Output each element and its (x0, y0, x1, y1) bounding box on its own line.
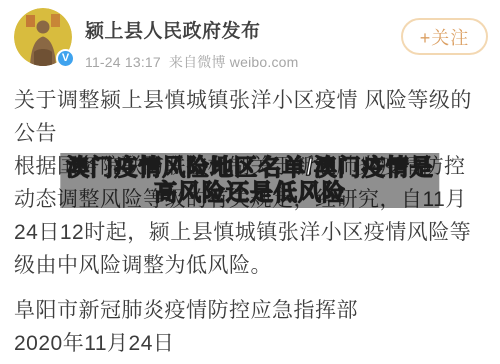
post-date: 2020年11月24日 (14, 327, 486, 360)
post-title: 关于调整颍上县慎城镇张洋小区疫情 风险等级的公告 (14, 84, 486, 150)
post-header: V 颍上县人民政府发布 11-24 13:17来自微博 weibo.com +关… (0, 0, 500, 74)
post-content: 关于调整颍上县慎城镇张洋小区疫情 风险等级的公告 根据国务院联防联控机制关于新冠… (0, 74, 500, 360)
username[interactable]: 颍上县人民政府发布 (85, 16, 299, 43)
timestamp: 11-24 13:17 (85, 54, 161, 70)
verified-badge-icon: V (56, 49, 75, 68)
avatar[interactable]: V (14, 8, 72, 66)
weibo-post-card: V 颍上县人民政府发布 11-24 13:17来自微博 weibo.com +关… (0, 0, 500, 364)
source-link[interactable]: 来自微博 weibo.com (169, 54, 299, 70)
follow-button[interactable]: +关注 (401, 18, 488, 55)
post-signature: 阜阳市新冠肺炎疫情防控应急指挥部 (14, 294, 486, 327)
post-meta: 11-24 13:17来自微博 weibo.com (85, 52, 299, 72)
post-body: 根据国务院联防联控机制关于新冠肺炎疫情防控动态调整风险等级的有关规定，经研究，自… (14, 150, 486, 282)
user-info: 颍上县人民政府发布 11-24 13:17来自微博 weibo.com (85, 8, 299, 72)
